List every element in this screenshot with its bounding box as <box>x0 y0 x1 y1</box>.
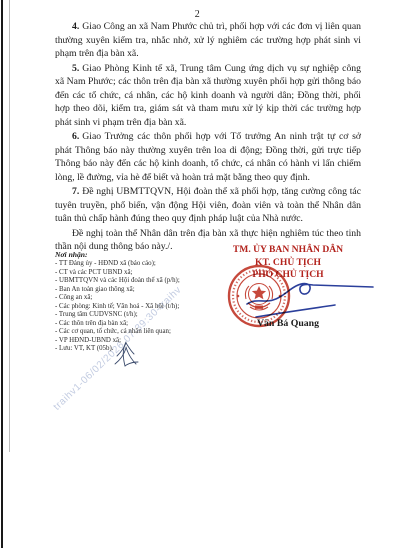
paragraph-text: Giao Phòng Kinh tế xã, Trung tâm Cung ứn… <box>55 63 361 128</box>
paragraph-number: 7. <box>72 186 79 197</box>
document-page: 2 4.Giao Công an xã Nam Phước chủ trì, p… <box>0 0 395 556</box>
paragraph-text: Đề nghị UBMTTQVN, Hội đoàn thể xã phối h… <box>55 186 361 224</box>
scan-edge-thin-line <box>9 0 10 452</box>
paragraph-number: 6. <box>72 131 79 142</box>
paragraph-text: Giao Công an xã Nam Phước chủ trì, phối … <box>55 21 361 59</box>
body-paragraph: 7.Đề nghị UBMTTQVN, Hội đoàn thể xã phối… <box>55 185 361 226</box>
signature-org-line: TM. ỦY BAN NHÂN DÂN <box>218 244 358 257</box>
body-paragraph: 5.Giao Phòng Kinh tế xã, Trung tâm Cung … <box>55 62 361 130</box>
paragraph-number: 4. <box>72 21 79 32</box>
recipients-label: Nơi nhận: <box>55 250 225 259</box>
recipient-item: - Ban An toàn giao thông xã; <box>55 286 225 295</box>
page-number: 2 <box>0 9 395 20</box>
recipient-item: - Các phòng: Kinh tế; Văn hoá - Xã hội (… <box>55 303 225 312</box>
body-paragraph: 4.Giao Công an xã Nam Phước chủ trì, phố… <box>55 20 361 61</box>
recipient-item: - Công an xã; <box>55 294 225 303</box>
document-body: 4.Giao Công an xã Nam Phước chủ trì, phố… <box>55 20 361 255</box>
paragraph-number: 5. <box>72 63 79 74</box>
scan-edge-line <box>1 0 3 548</box>
signer-name: Văn Bá Quang <box>218 318 358 329</box>
